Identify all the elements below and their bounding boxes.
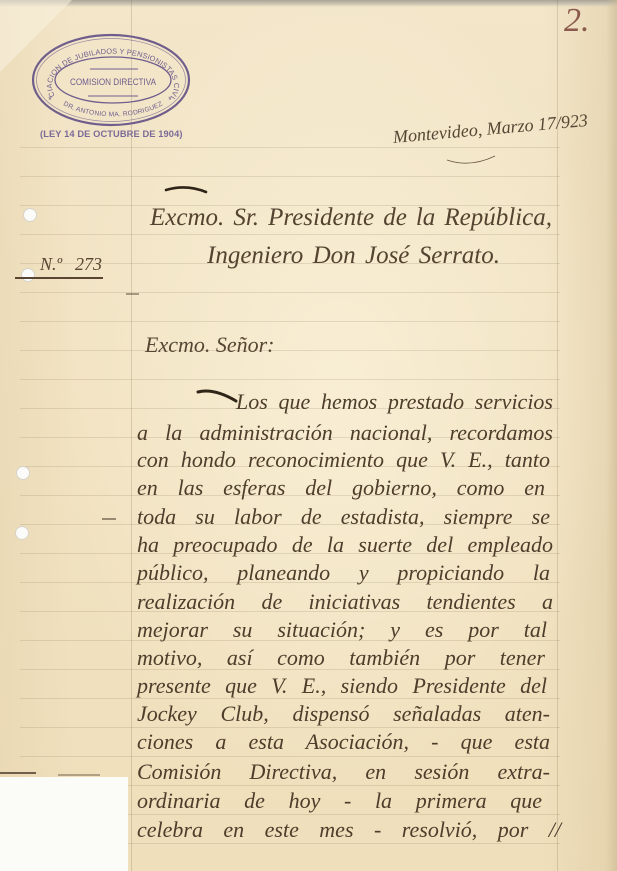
stamp-center-text: COMISION DIRECTIVA — [70, 77, 156, 87]
body-line: en las esferas del gobierno, como en — [137, 473, 545, 503]
salutation: Excmo. Señor: — [145, 331, 273, 359]
margin-dash — [126, 293, 139, 295]
missing-paper-area — [0, 777, 128, 871]
margin-dash — [102, 518, 116, 520]
body-line: Comisión Directiva, en sesión extra- — [137, 757, 550, 787]
stamp-law-text: (LEY 14 DE OCTUBRE DE 1904) — [40, 129, 186, 139]
body-line: motivo, así como también por tener — [137, 643, 545, 673]
body-line: ha preocupado de la suerte del empleado — [137, 530, 553, 560]
punch-hole — [23, 208, 37, 222]
body-line: ciones a esta Asociación, - que esta — [137, 727, 550, 757]
association-stamp: ASOCIACION DE JUBILADOS Y PENSIONISTAS C… — [0, 0, 200, 150]
body-line: mejorar su situación; y es por tal — [137, 615, 547, 645]
margin-dash — [0, 772, 36, 774]
margin-dash — [58, 774, 100, 776]
paper-right-edge — [606, 0, 617, 871]
body-line: presente que V. E., siendo Presidente de… — [137, 671, 547, 701]
punch-hole — [16, 466, 30, 480]
reference-number: N.º 273 — [40, 253, 102, 275]
folio-number: 2. — [564, 2, 590, 40]
punch-hole — [15, 526, 29, 540]
body-line: con hondo reconocimiento que V. E., tant… — [137, 445, 550, 475]
body-line: celebra en este mes - resolvió, por // — [137, 815, 561, 845]
addressee-line-2: Ingeniero Don José Serrato. — [207, 240, 500, 272]
reference-underline — [15, 277, 103, 279]
punch-hole — [21, 268, 35, 282]
body-line: Los que hemos prestado servicios — [236, 387, 553, 417]
body-line: Jockey Club, dispensó señaladas aten- — [137, 699, 550, 729]
body-line: a la administración nacional, recordamos — [137, 418, 553, 448]
body-line: público, planeando y propiciando la — [137, 558, 550, 588]
body-line: ordinaria de hoy - la primera que — [137, 786, 542, 816]
star-icon: * — [48, 95, 52, 105]
addressee-line-1: Excmo. Sr. Presidente de la República, — [150, 202, 552, 234]
star-icon: * — [168, 95, 172, 105]
body-line: realización de iniciativas tendientes a — [137, 587, 553, 617]
body-line: toda su labor de estadista, siempre se — [137, 502, 550, 532]
